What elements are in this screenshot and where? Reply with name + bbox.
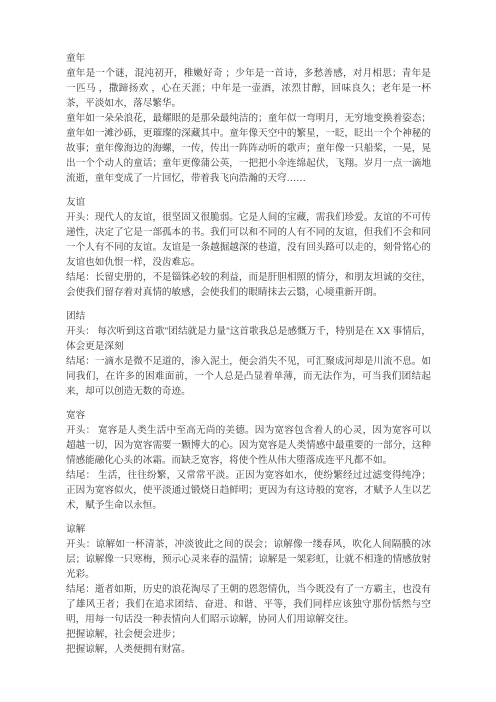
section-title-understanding: 谅解 [66, 522, 431, 537]
paragraph-understanding-opening: 开头：谅解如一杯清茶，冲淡彼此之间的误会；谅解像一缕春风，吹化人间隔膜的冰层；谅… [66, 537, 431, 582]
section-tolerance: 宽容 开头： 宽容是人类生活中至高无尚的美德。因为宽容包含着人的心灵，因为宽容可… [66, 408, 431, 513]
paragraph-understanding-line-wealth: 把握谅解，人类便拥有财富。 [66, 642, 431, 657]
document-page: 童年 童年是一个谜，混沌初开，稚嫩好奇 ；少年是一首诗，多愁善感，对月相思；青年… [0, 0, 496, 702]
paragraph-understanding-line-society: 把握谅解，社会便会进步； [66, 627, 431, 642]
paragraph-friendship-ending: 结尾：长留史册的，不是锱铢必较的利益，而是肝胆相照的情分，和朋友坦诚的交往，会使… [66, 270, 431, 300]
section-childhood: 童年 童年是一个谜，混沌初开，稚嫩好奇 ；少年是一首诗，多愁善感，对月相思；青年… [66, 51, 431, 186]
section-title-childhood: 童年 [66, 51, 431, 66]
section-unity: 团结 开头： 每次听到这首歌"团结就是力量"这首歌我总是感慨万千，特别是在 XX… [66, 309, 431, 399]
paragraph-understanding-ending: 结尾：逝者如斯，历史的浪花淘尽了王朝的恩怨情仇，当今既没有了一方霸主，也没有了雄… [66, 582, 431, 627]
section-understanding: 谅解 开头：谅解如一杯清茶，冲淡彼此之间的误会；谅解像一缕春风，吹化人间隔膜的冰… [66, 522, 431, 657]
paragraph-tolerance-ending: 结尾： 生活，往往纷繁，又常常平淡。正因为宽容如水，使纷繁经过过滤变得纯净；正因… [66, 468, 431, 513]
paragraph-unity-ending: 结尾：一滴水是微不足道的，渗入泥土，便会消失不见，可汇聚成河却是川流不息。如同我… [66, 354, 431, 399]
section-title-friendship: 友谊 [66, 195, 431, 210]
paragraph-tolerance-opening: 开头： 宽容是人类生活中至高无尚的美德。因为宽容包含着人的心灵，因为宽容可以超越… [66, 423, 431, 468]
section-friendship: 友谊 开头：现代人的友谊，很坚固又很脆弱。它是人间的宝藏，需我们珍爱。友谊的不可… [66, 195, 431, 300]
section-title-unity: 团结 [66, 309, 431, 324]
paragraph-childhood-2: 童年如一朵朵浪花，最耀眼的是那朵最纯洁的；童年似一弯明月，无穷地变换着姿态；童年… [66, 111, 431, 186]
paragraph-friendship-opening: 开头：现代人的友谊，很坚固又很脆弱。它是人间的宝藏，需我们珍爱。友谊的不可传递性… [66, 210, 431, 270]
section-title-tolerance: 宽容 [66, 408, 431, 423]
paragraph-childhood-1: 童年是一个谜，混沌初开，稚嫩好奇 ；少年是一首诗，多愁善感，对月相思；青年是一匹… [66, 66, 431, 111]
paragraph-unity-opening: 开头： 每次听到这首歌"团结就是力量"这首歌我总是感慨万千，特别是在 XX 事情… [66, 324, 431, 354]
